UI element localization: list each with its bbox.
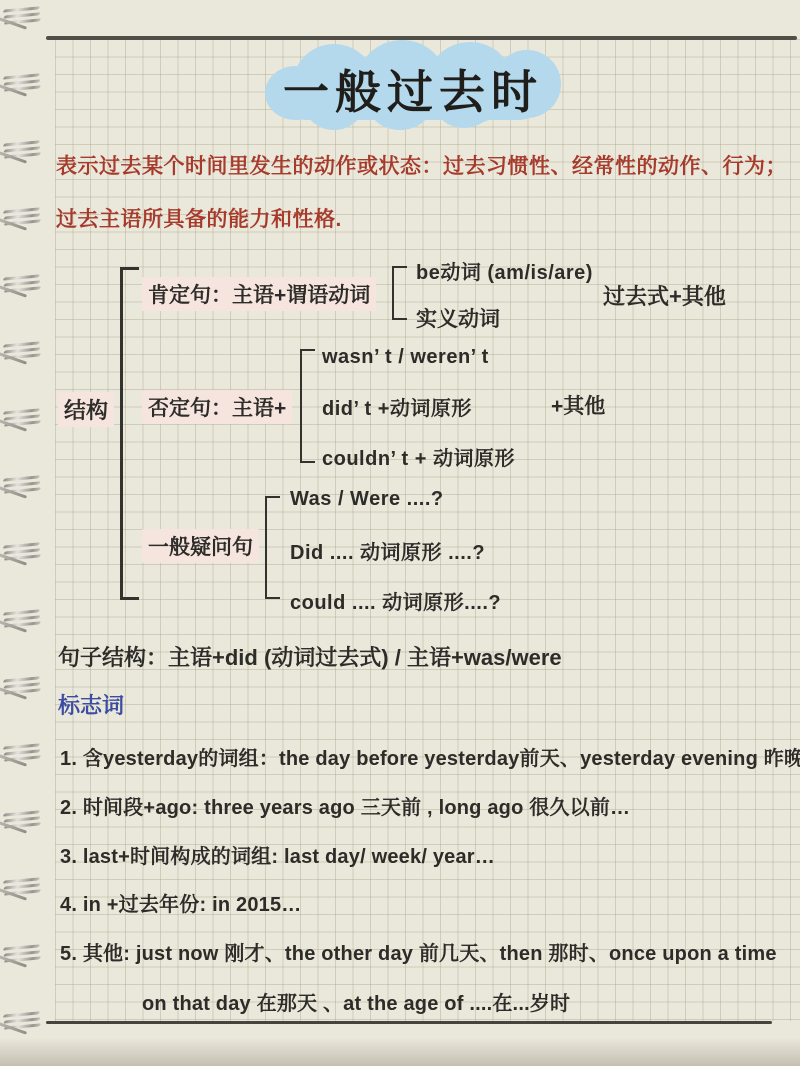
- affirmative-bracket: [392, 266, 407, 320]
- spiral-ring-icon: [3, 272, 41, 299]
- photo-bottom-shadow: [0, 1038, 800, 1066]
- marker-item-1: 1. 含yesterday的词组：the day before yesterda…: [60, 742, 800, 771]
- marker-item-4: 4. in +过去年份: in 2015…: [60, 888, 302, 917]
- spiral-binding: [0, 0, 50, 1066]
- intro-line-1: 表示过去某个时间里发生的动作或状态：过去习惯性、经常性的动作、行为；: [56, 150, 800, 180]
- spiral-ring-icon: [3, 875, 41, 902]
- spiral-ring-icon: [3, 607, 41, 634]
- negative-option-3: couldn’ t + 动词原形: [322, 442, 515, 471]
- intro-line-2: 过去主语所具备的能力和性格.: [56, 203, 800, 233]
- question-option-3: could .... 动词原形....?: [290, 586, 501, 615]
- affirmative-suffix: 过去式+其他: [603, 280, 726, 311]
- page-bottom-edge: [46, 1021, 772, 1024]
- negative-suffix: +其他: [551, 390, 605, 420]
- spiral-ring-icon: [3, 71, 41, 98]
- markers-heading: 标志词: [58, 689, 124, 720]
- affirmative-notional-verb: 实义动词: [416, 303, 500, 333]
- marker-item-5: 5. 其他: just now 刚才、the other day 前几天、the…: [60, 937, 777, 966]
- marker-item-5-continued: on that day 在那天 、at the age of ....在...岁…: [142, 987, 570, 1016]
- negative-bracket: [300, 349, 315, 463]
- negative-option-2: did’ t +动词原形: [322, 392, 472, 421]
- spiral-ring-icon: [3, 942, 41, 969]
- spiral-ring-icon: [3, 1009, 41, 1036]
- spiral-ring-icon: [3, 138, 41, 165]
- spiral-ring-icon: [3, 540, 41, 567]
- spiral-ring-icon: [3, 205, 41, 232]
- notebook-page: 一般过去时 表示过去某个时间里发生的动作或状态：过去习惯性、经常性的动作、行为；…: [0, 0, 800, 1066]
- spiral-ring-icon: [3, 741, 41, 768]
- spiral-ring-icon: [3, 808, 41, 835]
- spiral-ring-icon: [3, 406, 41, 433]
- structure-bracket: [120, 267, 139, 600]
- negative-option-1: wasn’ t / weren’ t: [322, 346, 489, 369]
- sentence-structure: 句子结构：主语+did (动词过去式) / 主语+was/were: [58, 641, 562, 672]
- marker-item-2: 2. 时间段+ago: three years ago 三天前 , long a…: [60, 791, 630, 820]
- marker-item-3: 3. last+时间构成的词组: last day/ week/ year…: [60, 840, 495, 869]
- affirmative-be-verb: be动词 (am/is/are): [416, 256, 593, 285]
- page-top-edge: [46, 36, 797, 40]
- spiral-ring-icon: [3, 473, 41, 500]
- affirmative-label: 肯定句：主语+谓语动词: [142, 277, 376, 311]
- structure-label: 结构: [58, 392, 114, 427]
- spiral-ring-icon: [3, 339, 41, 366]
- spiral-ring-icon: [3, 4, 41, 31]
- negative-label: 否定句：主语+: [142, 390, 292, 424]
- question-option-2: Did .... 动词原形 ....?: [290, 536, 485, 565]
- question-label: 一般疑问句: [142, 529, 259, 563]
- spiral-ring-icon: [3, 674, 41, 701]
- question-bracket: [265, 496, 280, 599]
- question-option-1: Was / Were ....?: [290, 488, 444, 511]
- page-title: 一般过去时: [258, 56, 568, 122]
